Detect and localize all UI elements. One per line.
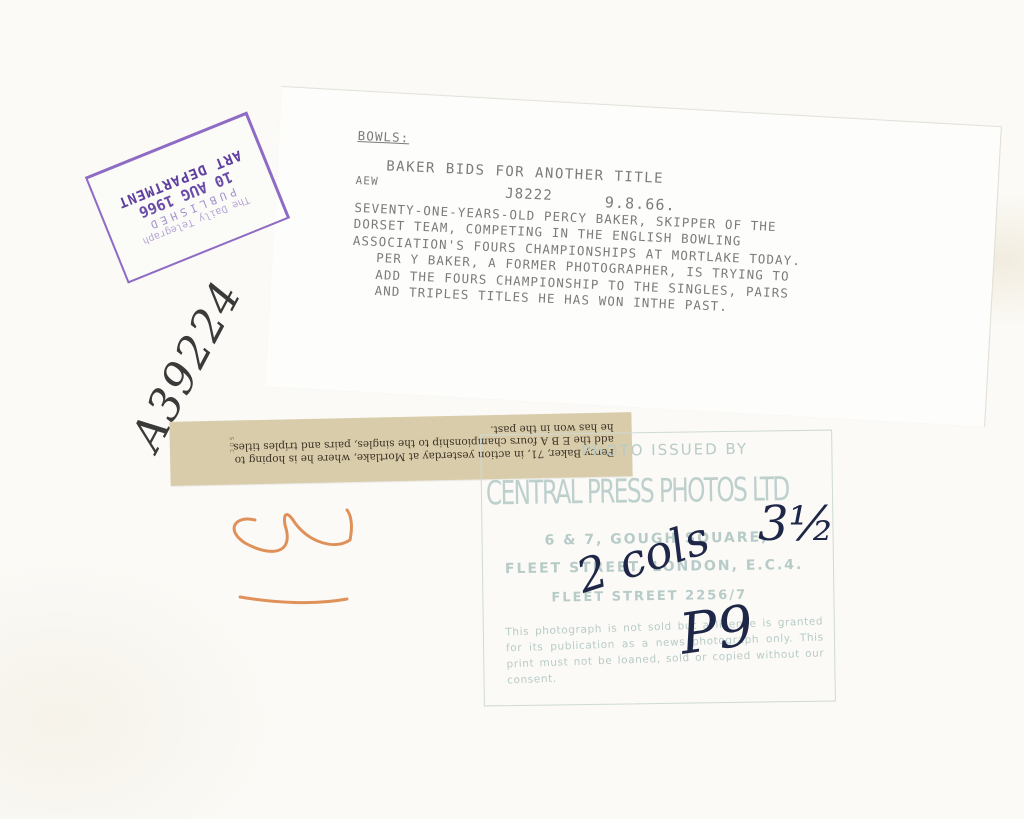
- crayon-mark-icon: [225, 495, 365, 615]
- typed-caption: BOWLS: BAKER BIDS FOR ANOTHER TITLE AEW …: [350, 128, 827, 320]
- handwritten-size: 3½: [758, 496, 835, 552]
- press-licence-notice: This photograph is not sold but a licenc…: [505, 613, 825, 688]
- press-company-name: CENTRAL PRESS PHOTOS LTD: [486, 469, 789, 512]
- handwritten-page: P9: [676, 593, 758, 668]
- press-issued-by: PHOTO ISSUED BY: [581, 440, 748, 460]
